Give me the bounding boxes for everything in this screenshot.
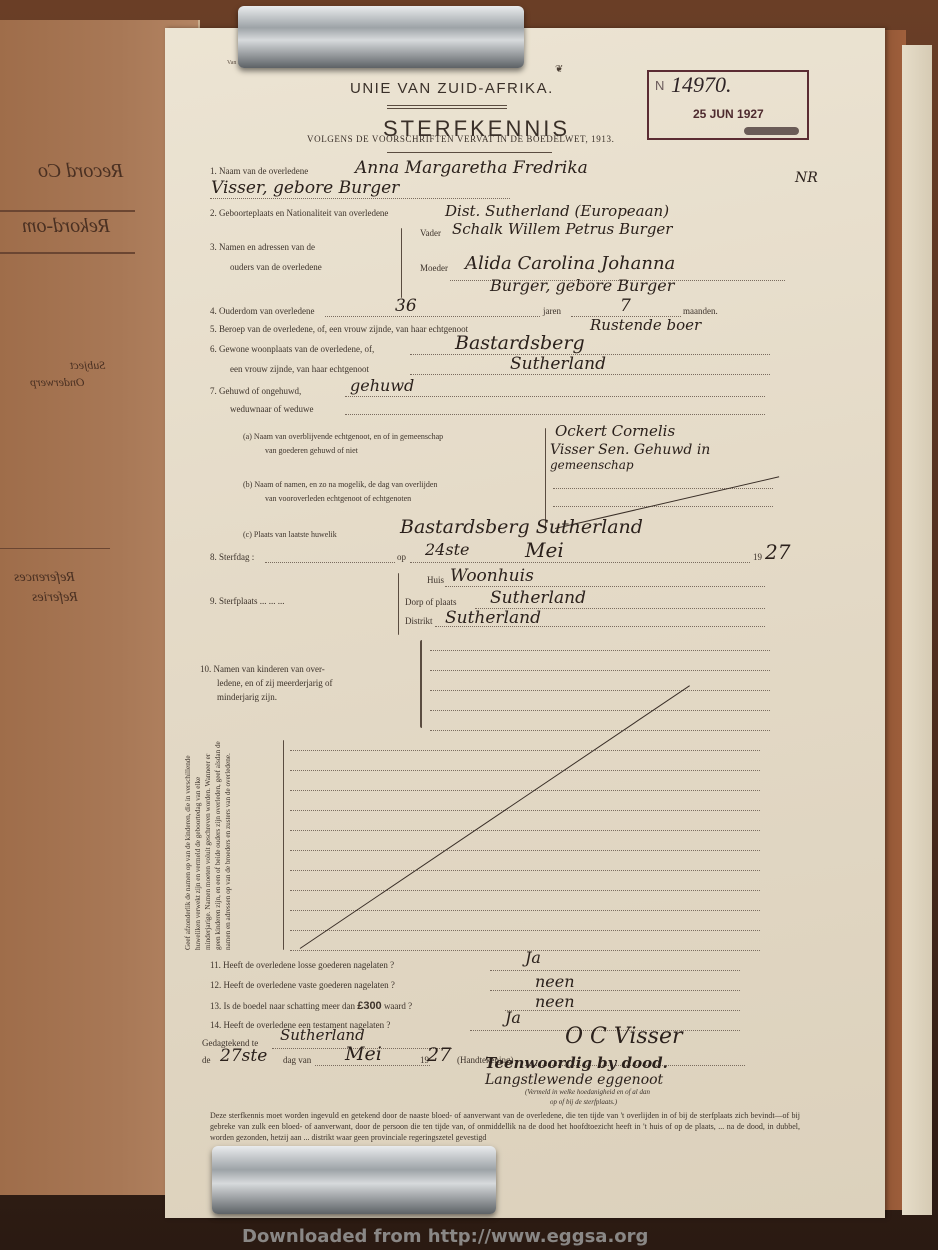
field-10-label-2: ledene, en of zij meerderjarig of	[217, 678, 332, 688]
age-years: 36	[395, 296, 417, 316]
district-value: Sutherland	[445, 608, 541, 628]
age-months: 7	[620, 296, 631, 316]
years-label: jaren	[543, 306, 561, 316]
dotted-line	[445, 586, 765, 587]
dotted-line	[553, 488, 773, 489]
brace	[283, 740, 284, 950]
field-6-value-2: Sutherland	[510, 354, 606, 374]
signed-year-value: 27	[427, 1044, 451, 1066]
dotted-line	[430, 690, 770, 691]
watermark: Downloaded from http://www.eggsa.org	[242, 1226, 648, 1247]
dotted-line	[430, 730, 770, 731]
dotted-line	[435, 626, 765, 627]
dotted-line	[345, 414, 765, 415]
field-13-value: neen	[535, 992, 575, 1011]
brace	[420, 640, 422, 728]
stamp-prefix: N	[655, 78, 664, 93]
dotted-line	[430, 650, 770, 651]
field-5-label: 5. Beroep van de overledene, of, een vro…	[210, 324, 468, 334]
capacity-line-2: Langstlewende eggenoot	[485, 1072, 663, 1088]
instructions-note: Deze sterfkennis moet worden ingevuld en…	[210, 1110, 800, 1143]
mother-value: Alida Carolina Johanna	[465, 253, 675, 274]
months-label: maanden.	[683, 306, 718, 316]
ornament-icon: ❦	[555, 64, 563, 75]
field-6-label-2: een vrouw zijnde, van haar echtgenoot	[230, 364, 369, 374]
annotation: NR	[795, 170, 818, 186]
folder-rule	[0, 548, 110, 549]
dotted-line	[410, 374, 770, 375]
dotted-line	[345, 396, 765, 397]
field-13-text: 13. Is de boedel naar schatting meer dan	[210, 1001, 355, 1011]
field-10-label: 10. Namen van kinderen van over-	[200, 664, 325, 674]
field-7b-label-2: van vooroverleden echtgenoot of echtgeno…	[265, 494, 411, 503]
field-7a-label: (a) Naam van overblijvende echtgenoot, e…	[243, 432, 443, 441]
field-2-label: 2. Geboorteplaats en Nationaliteit van o…	[210, 208, 388, 218]
field-7-value: gehuwd	[350, 376, 414, 395]
dotted-line	[490, 990, 740, 991]
folder-label-references: References	[14, 570, 75, 586]
field-12-value: neen	[535, 972, 575, 991]
folder-rule	[0, 252, 135, 254]
death-day: 24ste	[425, 540, 469, 559]
town-value: Sutherland	[490, 588, 586, 608]
folder-label-referies: Referies	[32, 590, 78, 606]
signed-day-label: dag van	[283, 1055, 311, 1065]
field-7-label: 7. Gehuwd of ongehuwd,	[210, 386, 301, 396]
signed-month-value: Mei	[345, 1043, 382, 1065]
registration-stamp: N 14970. 25 JUN 1927	[647, 70, 809, 140]
dotted-line	[410, 562, 750, 563]
dotted-line	[290, 830, 760, 831]
dotted-line	[553, 506, 773, 507]
binder-clip-bottom	[212, 1146, 496, 1214]
dotted-line	[325, 316, 540, 317]
subtitle: VOLGENS DE VOORSCHRIFTEN VERVAT IN DE BO…	[307, 134, 614, 144]
field-7c-value: Bastardsberg Sutherland	[400, 516, 643, 538]
dotted-line	[210, 198, 510, 199]
field-3-label: 3. Namen en adressen van de	[210, 242, 315, 252]
death-year: 27	[765, 540, 790, 564]
father-value: Schalk Willem Petrus Burger	[452, 220, 672, 238]
brace	[398, 573, 399, 635]
field-13-suffix: waard ?	[384, 1001, 412, 1011]
field-1-value: Anna Margaretha Fredrika	[355, 158, 588, 178]
dotted-line	[290, 770, 760, 771]
death-certificate: Van ... Maatskappij, Beperkt, Kaapstad. …	[165, 28, 885, 1218]
stamp-smudge	[744, 127, 799, 135]
field-5-value: Rustende boer	[590, 316, 701, 334]
field-7c-label: (c) Plaats van laatste huwelik	[243, 530, 337, 539]
dotted-line	[430, 670, 770, 671]
dotted-line	[315, 1065, 430, 1066]
field-4-label: 4. Ouderdom van overledene	[210, 306, 314, 316]
field-1-value-2: Visser, gebore Burger	[211, 178, 399, 198]
dotted-line	[290, 850, 760, 851]
field-13-label: 13. Is de boedel naar schatting meer dan…	[210, 1000, 412, 1012]
rule	[387, 105, 507, 106]
folder-label-onderwerp: Onderwerp	[30, 375, 85, 390]
year-prefix: 19	[753, 552, 762, 562]
stamp-date: 25 JUN 1927	[693, 107, 764, 121]
field-8-label: 8. Sterfdag :	[210, 552, 254, 562]
mother-value-2: Burger, gebore Burger	[490, 276, 674, 295]
field-6-label: 6. Gewone woonplaats van de overledene, …	[210, 344, 374, 354]
photo-background: Record Co Rekord-om Subject Onderwerp Re…	[0, 0, 938, 1250]
side-note: Geef afzonderlik de namen op van de kind…	[183, 740, 233, 950]
field-11-value: Ja	[525, 948, 541, 967]
rule	[387, 108, 507, 109]
field-11-label: 11. Heeft de overledene losse goederen n…	[210, 960, 394, 970]
dotted-line	[290, 890, 760, 891]
death-month: Mei	[525, 538, 564, 562]
dotted-line	[490, 970, 740, 971]
rule	[387, 152, 552, 153]
mother-label: Moeder	[420, 263, 448, 273]
capacity-hint: (Vermeld in welke hoedanigheid en of al …	[525, 1088, 650, 1096]
field-7b-label: (b) Naam of namen, en zo na mogelik, de …	[243, 480, 437, 489]
field-6-value: Bastardsberg	[455, 332, 585, 354]
field-1-label: 1. Naam van de overledene	[210, 166, 308, 176]
field-2-value: Dist. Sutherland (Europeaan)	[445, 202, 669, 220]
dotted-line	[410, 354, 770, 355]
signed-day-value: 27ste	[220, 1046, 267, 1066]
district-label: Distrikt	[405, 616, 433, 626]
dotted-line	[290, 930, 760, 931]
father-label: Vader	[420, 228, 441, 238]
dotted-line	[290, 870, 760, 871]
dotted-line	[290, 810, 760, 811]
field-12-label: 12. Heeft de overledene vaste goederen n…	[210, 980, 395, 990]
field-7a-value: Ockert Cornelis	[555, 422, 675, 440]
country-heading: UNIE VAN ZUID-AFRIKA.	[350, 80, 554, 97]
dotted-line	[265, 562, 395, 563]
town-label: Dorp of plaats	[405, 597, 457, 607]
dotted-line	[290, 910, 760, 911]
field-3-label-2: ouders van de overledene	[230, 262, 322, 272]
dotted-line	[290, 790, 760, 791]
folder-rule	[0, 210, 135, 212]
brace	[401, 228, 402, 298]
house-label: Huis	[427, 575, 444, 585]
field-7a-value-2: Visser Sen. Gehuwd in	[550, 442, 710, 458]
folder-label-record: Record Co	[38, 160, 123, 183]
dotted-line	[430, 710, 770, 711]
paper-stack-edge	[902, 45, 932, 1215]
house-value: Woonhuis	[450, 566, 534, 586]
on-label: op	[397, 552, 406, 562]
field-7a-value-3: gemeenschap	[550, 458, 634, 472]
field-7a-label-2: van goederen gehuwd of niet	[265, 446, 358, 455]
field-14-value: Ja	[505, 1008, 521, 1027]
signed-day-prefix: de	[202, 1055, 211, 1065]
signed-at-value: Sutherland	[280, 1026, 365, 1044]
field-10-label-3: minderjarig zijn.	[217, 692, 277, 702]
signature-value: O C Visser	[565, 1024, 683, 1049]
field-7-label-2: weduwnaar of weduwe	[230, 404, 313, 414]
field-9-label: 9. Sterfplaats ... ... ...	[210, 596, 285, 606]
binder-clip-top	[238, 6, 524, 68]
stamp-number: 14970.	[671, 72, 732, 98]
brace	[545, 428, 546, 528]
folder-label-rekord: Rekord-om	[22, 215, 110, 238]
folder-label-subject: Subject	[70, 358, 105, 373]
dotted-line	[475, 608, 765, 609]
dotted-line	[290, 750, 760, 751]
capacity-hint-2: op of bij de sterfplaats.)	[550, 1098, 617, 1106]
capacity-line-1: Teenwoordig by dood.	[485, 1054, 668, 1072]
field-13-amount: £300	[357, 1000, 381, 1012]
